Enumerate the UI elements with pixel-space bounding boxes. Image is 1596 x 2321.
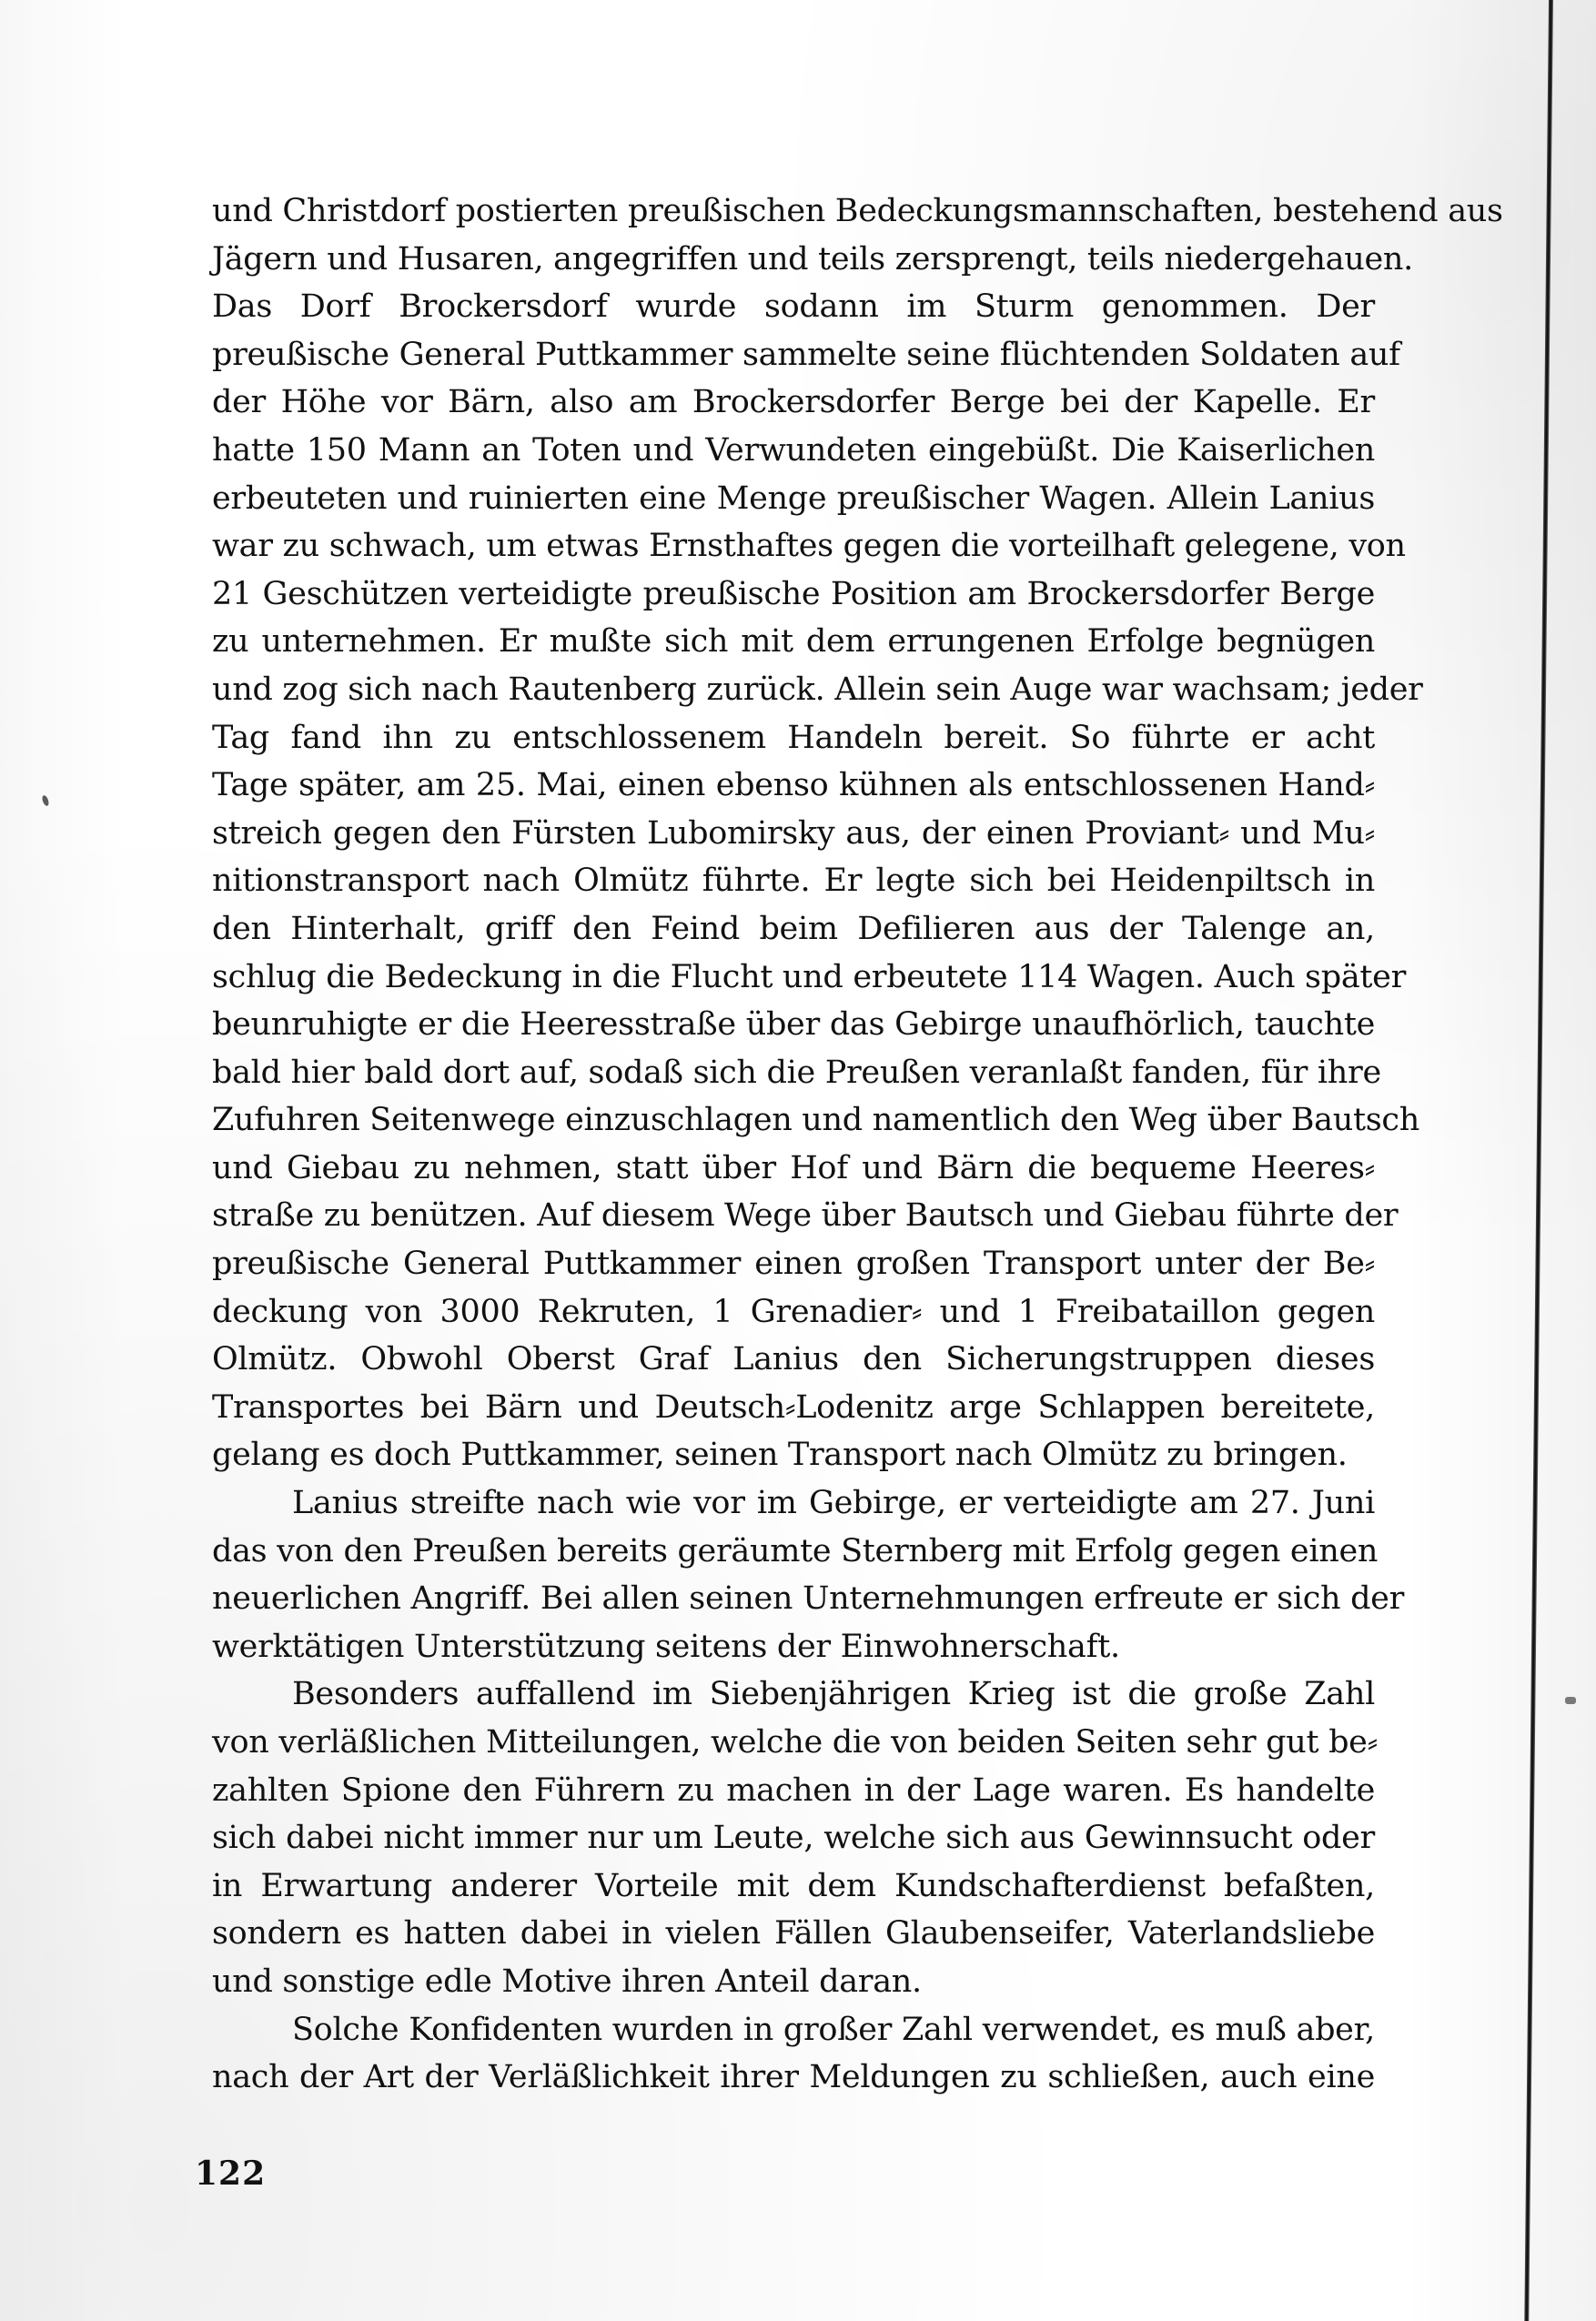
paragraph: Solche Konfidenten wurden in großer Zahl…: [212, 2006, 1375, 2102]
text-line: sich dabei nicht immer nur um Leute, wel…: [212, 1814, 1375, 1862]
text-line: Besonders auffallend im Siebenjährigen K…: [212, 1670, 1375, 1719]
text-line: das von den Preußen bereits geräumte Ste…: [212, 1528, 1375, 1576]
text-line: in Erwartung anderer Vorteile mit dem Ku…: [212, 1862, 1375, 1911]
scan-speck: [1565, 1697, 1576, 1704]
text-line: gelang es doch Puttkammer, seinen Transp…: [212, 1431, 1375, 1479]
text-line: nitionstransport nach Olmütz führte. Er …: [212, 857, 1375, 905]
text-line: werktätigen Unterstützung seitens der Ei…: [212, 1623, 1375, 1671]
text-line: den Hinterhalt, griff den Feind beim Def…: [212, 905, 1375, 954]
scan-speck: [41, 794, 50, 806]
page-edge-shadow: [1524, 0, 1553, 2321]
text-line: nach der Art der Verläßlichkeit ihrer Me…: [212, 2054, 1375, 2102]
text-line: und Christdorf postierten preußischen Be…: [212, 187, 1375, 236]
text-line: Jägern und Husaren, angegriffen und teil…: [212, 236, 1375, 284]
text-line: Das Dorf Brockersdorf wurde sodann im St…: [212, 283, 1375, 331]
text-line: straße zu benützen. Auf diesem Wege über…: [212, 1192, 1375, 1240]
text-line: streich gegen den Fürsten Lubomirsky aus…: [212, 810, 1375, 858]
text-line: neuerlichen Angriff. Bei allen seinen Un…: [212, 1575, 1375, 1623]
text-line: beunruhigte er die Heeresstraße über das…: [212, 1001, 1375, 1049]
text-line: Solche Konfidenten wurden in großer Zahl…: [212, 2006, 1375, 2054]
text-line: Zufuhren Seitenwege einzuschlagen und na…: [212, 1096, 1375, 1145]
text-line: schlug die Bedeckung in die Flucht und e…: [212, 954, 1375, 1002]
text-line: preußische General Puttkammer sammelte s…: [212, 331, 1375, 379]
text-line: 21 Geschützen verteidigte preußische Pos…: [212, 570, 1375, 619]
body-text: und Christdorf postierten preußischen Be…: [212, 187, 1375, 2102]
text-line: und sonstige edle Motive ihren Anteil da…: [212, 1958, 1375, 2006]
text-line: Olmütz. Obwohl Oberst Graf Lanius den Si…: [212, 1336, 1375, 1384]
text-line: Tag fand ihn zu entschlossenem Handeln b…: [212, 714, 1375, 762]
text-line: von verläßlichen Mitteilungen, welche di…: [212, 1719, 1375, 1767]
text-line: Transportes bei Bärn und Deutsch⸗Lodenit…: [212, 1384, 1375, 1432]
paragraph: Lanius streifte nach wie vor im Gebirge,…: [212, 1479, 1375, 1670]
text-line: Tage später, am 25. Mai, einen ebenso kü…: [212, 762, 1375, 810]
text-line: der Höhe vor Bärn, also am Brockersdorfe…: [212, 378, 1375, 427]
page-number: 122: [195, 2154, 266, 2193]
text-line: preußische General Puttkammer einen groß…: [212, 1240, 1375, 1288]
paragraph: Besonders auffallend im Siebenjährigen K…: [212, 1670, 1375, 2005]
text-line: erbeuteten und ruinierten eine Menge pre…: [212, 475, 1375, 523]
text-line: deckung von 3000 Rekruten, 1 Grenadier⸗ …: [212, 1288, 1375, 1337]
text-line: hatte 150 Mann an Toten und Verwundeten …: [212, 427, 1375, 475]
text-line: sondern es hatten dabei in vielen Fällen…: [212, 1910, 1375, 1958]
text-line: Lanius streifte nach wie vor im Gebirge,…: [212, 1479, 1375, 1528]
text-line: war zu schwach, um etwas Ernsthaftes geg…: [212, 522, 1375, 570]
text-line: bald hier bald dort auf, sodaß sich die …: [212, 1049, 1375, 1097]
text-line: zahlten Spione den Führern zu machen in …: [212, 1767, 1375, 1815]
paragraph: und Christdorf postierten preußischen Be…: [212, 187, 1375, 1479]
text-line: und Giebau zu nehmen, statt über Hof und…: [212, 1145, 1375, 1193]
text-line: und zog sich nach Rautenberg zurück. All…: [212, 666, 1375, 714]
text-line: zu unternehmen. Er mußte sich mit dem er…: [212, 618, 1375, 666]
